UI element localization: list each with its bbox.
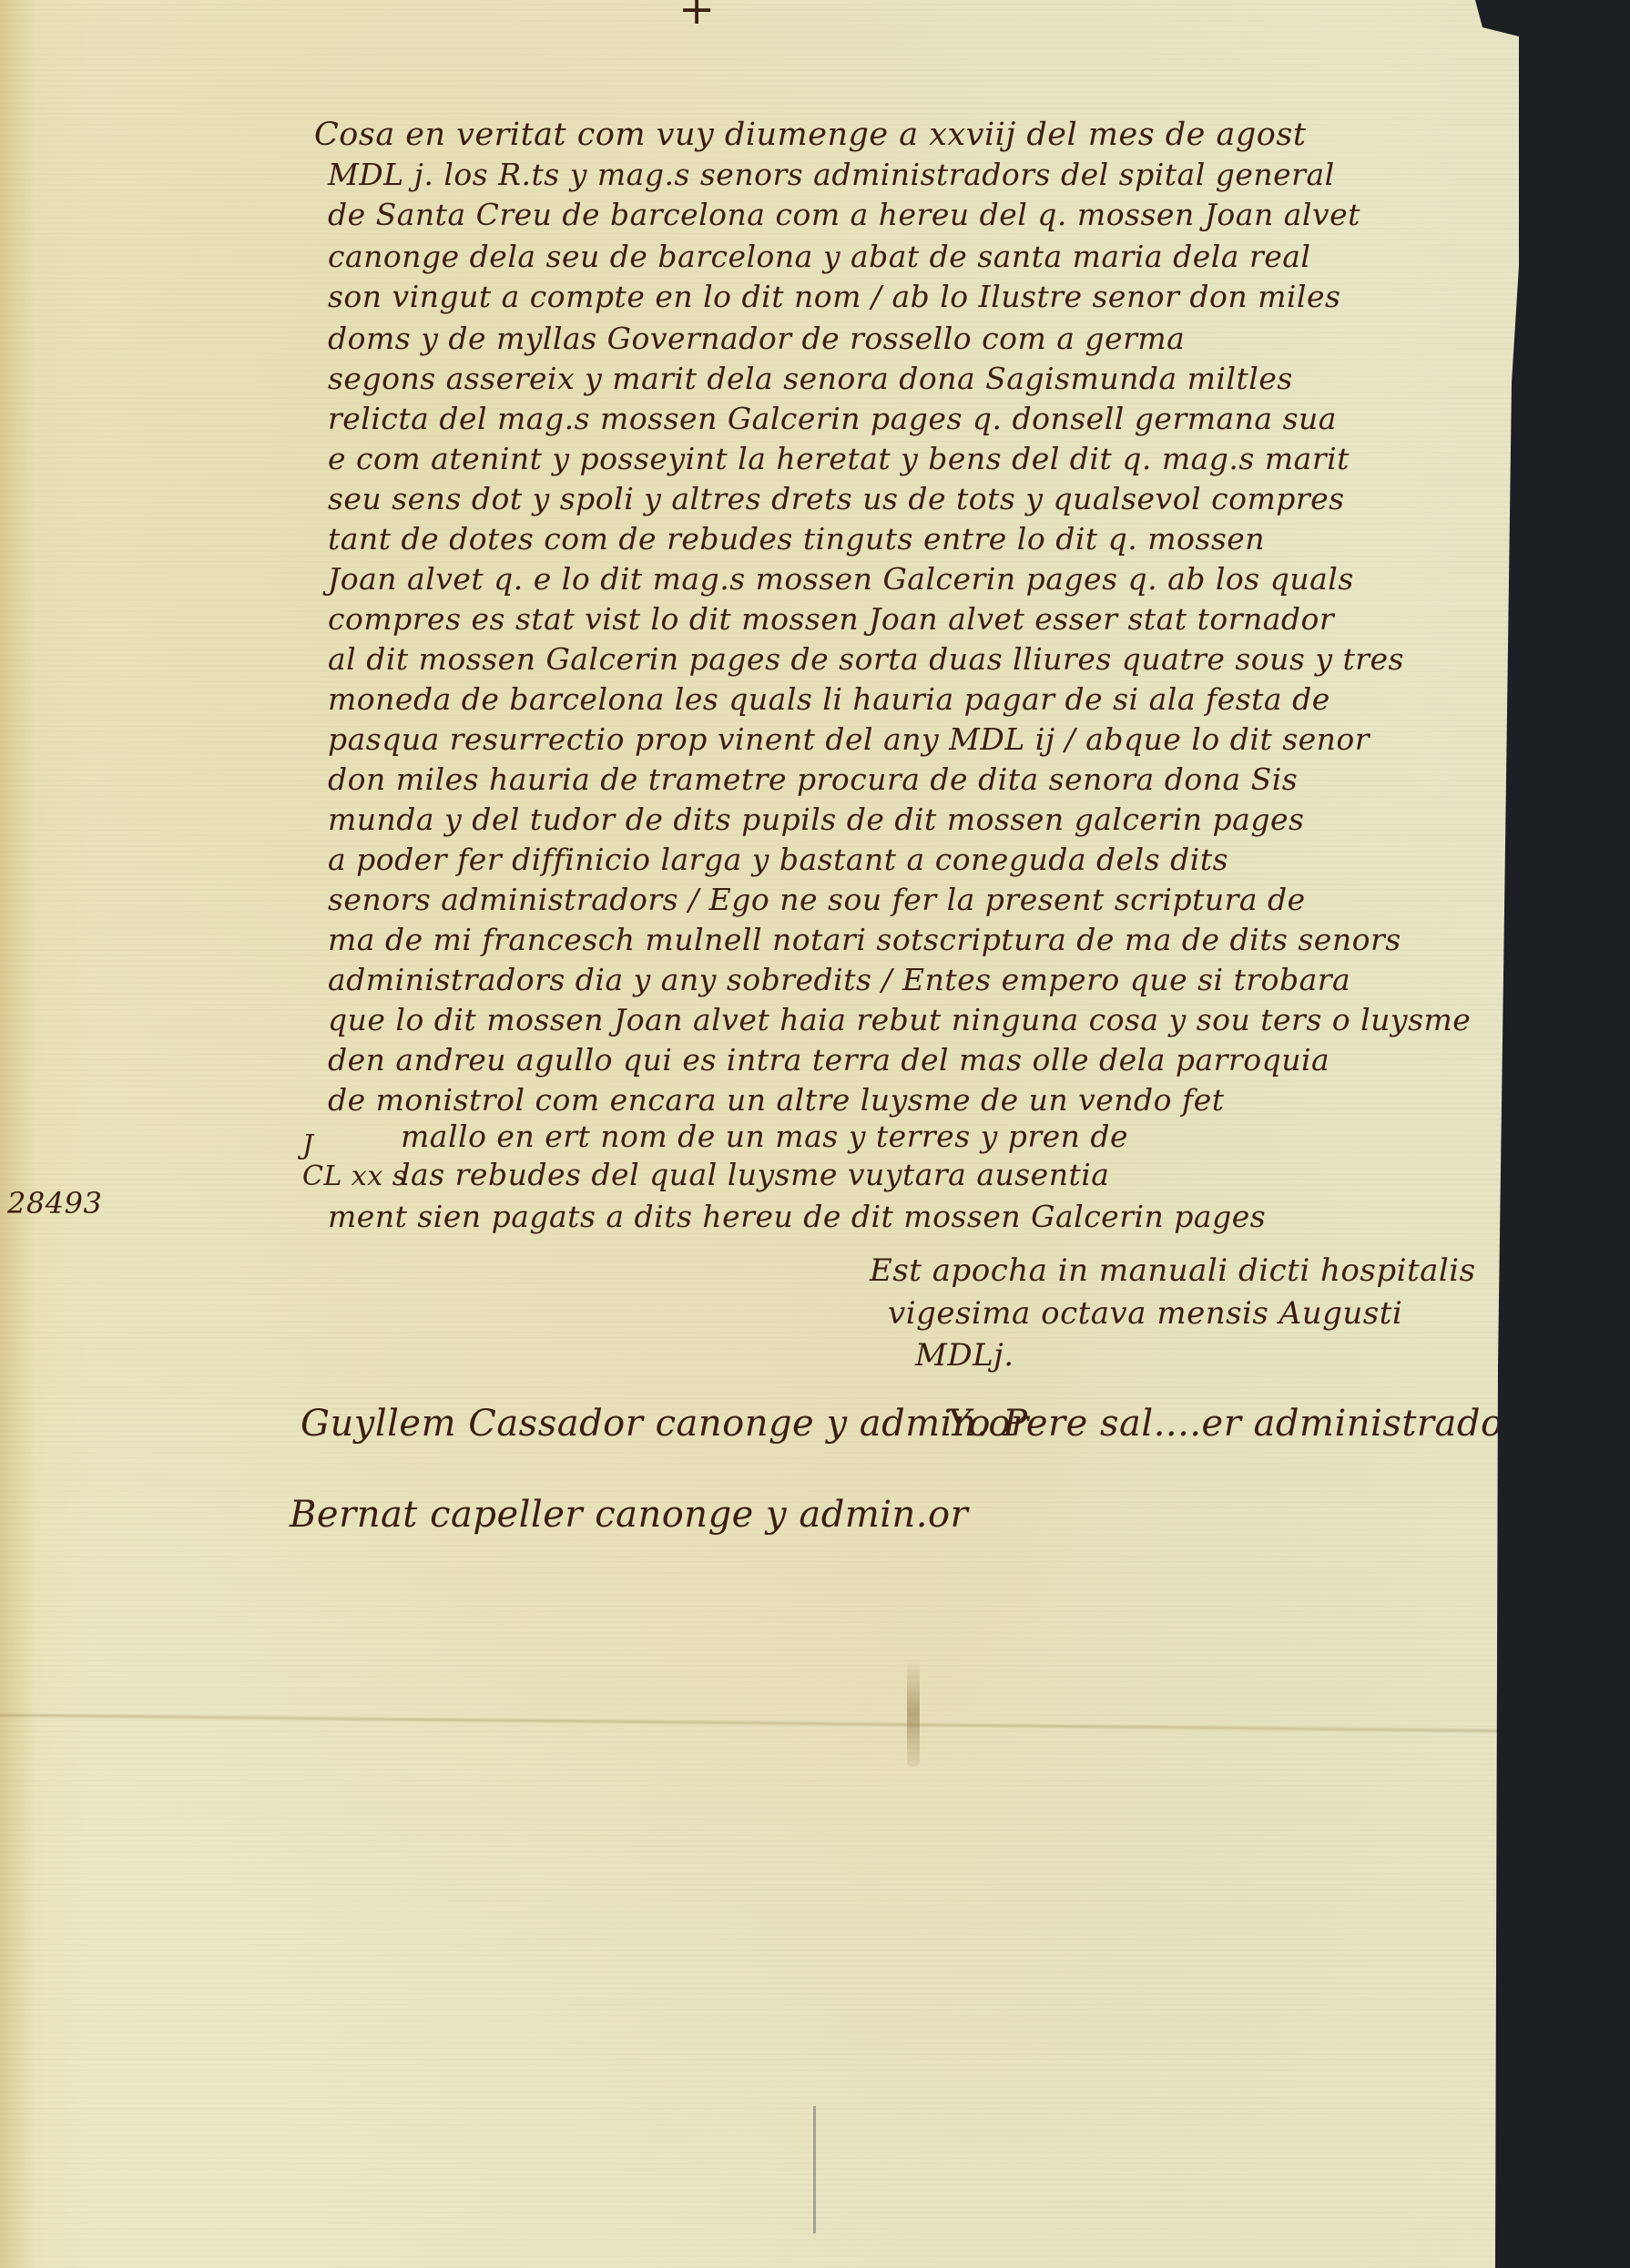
body-line: de Santa Creu de barcelona com a hereu d… — [328, 197, 1360, 232]
closing-note-line: vigesima octava mensis Augusti — [888, 1295, 1402, 1332]
manuscript-page: + Cosa en veritat com vuy diumenge a xxv… — [0, 0, 1519, 2268]
body-line: ment sien pagats a dits hereu de dit mos… — [328, 1199, 1266, 1234]
body-line: segons assereix y marit dela senora dona… — [328, 361, 1293, 396]
signature: Bernat capeller canonge y admin.or — [290, 1494, 968, 1536]
top-cross-mark: + — [678, 0, 716, 35]
body-line: al dit mossen Galcerin pages de sorta du… — [328, 641, 1404, 677]
body-line: de monistrol com encara un altre luysme … — [328, 1082, 1225, 1118]
body-line: que lo dit mossen Joan alvet haia rebut … — [328, 1002, 1471, 1037]
ink-stain — [907, 1658, 920, 1767]
body-line: senors administradors / Ego ne sou fer l… — [328, 882, 1306, 917]
paper-fold-line — [0, 1712, 1498, 1733]
page-edge-shading — [0, 0, 36, 2268]
body-line: doms y de myllas Governador de rossello … — [328, 321, 1185, 356]
body-line: tant de dotes com de rebudes tinguts ent… — [328, 521, 1265, 557]
closing-note-line: Est apocha in manuali dicti hospitalis — [870, 1252, 1476, 1289]
body-line: canonge dela seu de barcelona y abat de … — [328, 239, 1310, 274]
body-line: relicta del mag.s mossen Galcerin pages … — [328, 401, 1337, 436]
body-line: seu sens dot y spoli y altres drets us d… — [328, 481, 1345, 516]
body-line: MDL j. los R.ts y mag.s senors administr… — [328, 157, 1335, 192]
body-line: a poder fer diffinicio larga y bastant a… — [328, 842, 1228, 877]
body-line: ma de mi francesch mulnell notari sotscr… — [328, 922, 1401, 957]
body-line: don miles hauria de trametre procura de … — [328, 761, 1298, 797]
left-margin-mark: CL xx s — [302, 1160, 407, 1192]
body-line: Cosa en veritat com vuy diumenge a xxvii… — [314, 117, 1306, 153]
body-line: munda y del tudor de dits pupils de dit … — [328, 802, 1304, 837]
margin-number: 28493 — [7, 1186, 102, 1221]
signature: Guyllem Cassador canonge y admin.or — [301, 1403, 1029, 1445]
body-line: moneda de barcelona les quals li hauria … — [328, 681, 1330, 717]
signature: Yo Pere sal....er administrador — [947, 1403, 1521, 1445]
pencil-mark — [813, 2106, 816, 2233]
body-line: son vingut a compte en lo dit nom / ab l… — [328, 279, 1340, 314]
closing-note-line: MDLj. — [915, 1337, 1014, 1374]
body-line: las rebudes del qual luysme vuytara ause… — [401, 1157, 1109, 1192]
body-line: administradors dia y any sobredits / Ent… — [328, 962, 1350, 997]
body-line: mallo en ert nom de un mas y terres y pr… — [401, 1119, 1128, 1154]
body-line: pasqua resurrectio prop vinent del any M… — [328, 721, 1370, 757]
left-margin-mark: J — [302, 1129, 314, 1161]
body-line: den andreu agullo qui es intra terra del… — [328, 1042, 1329, 1078]
body-line: e com atenint y posseyint la heretat y b… — [328, 441, 1350, 476]
body-line: compres es stat vist lo dit mossen Joan … — [328, 601, 1334, 637]
body-line: Joan alvet q. e lo dit mag.s mossen Galc… — [328, 561, 1354, 597]
